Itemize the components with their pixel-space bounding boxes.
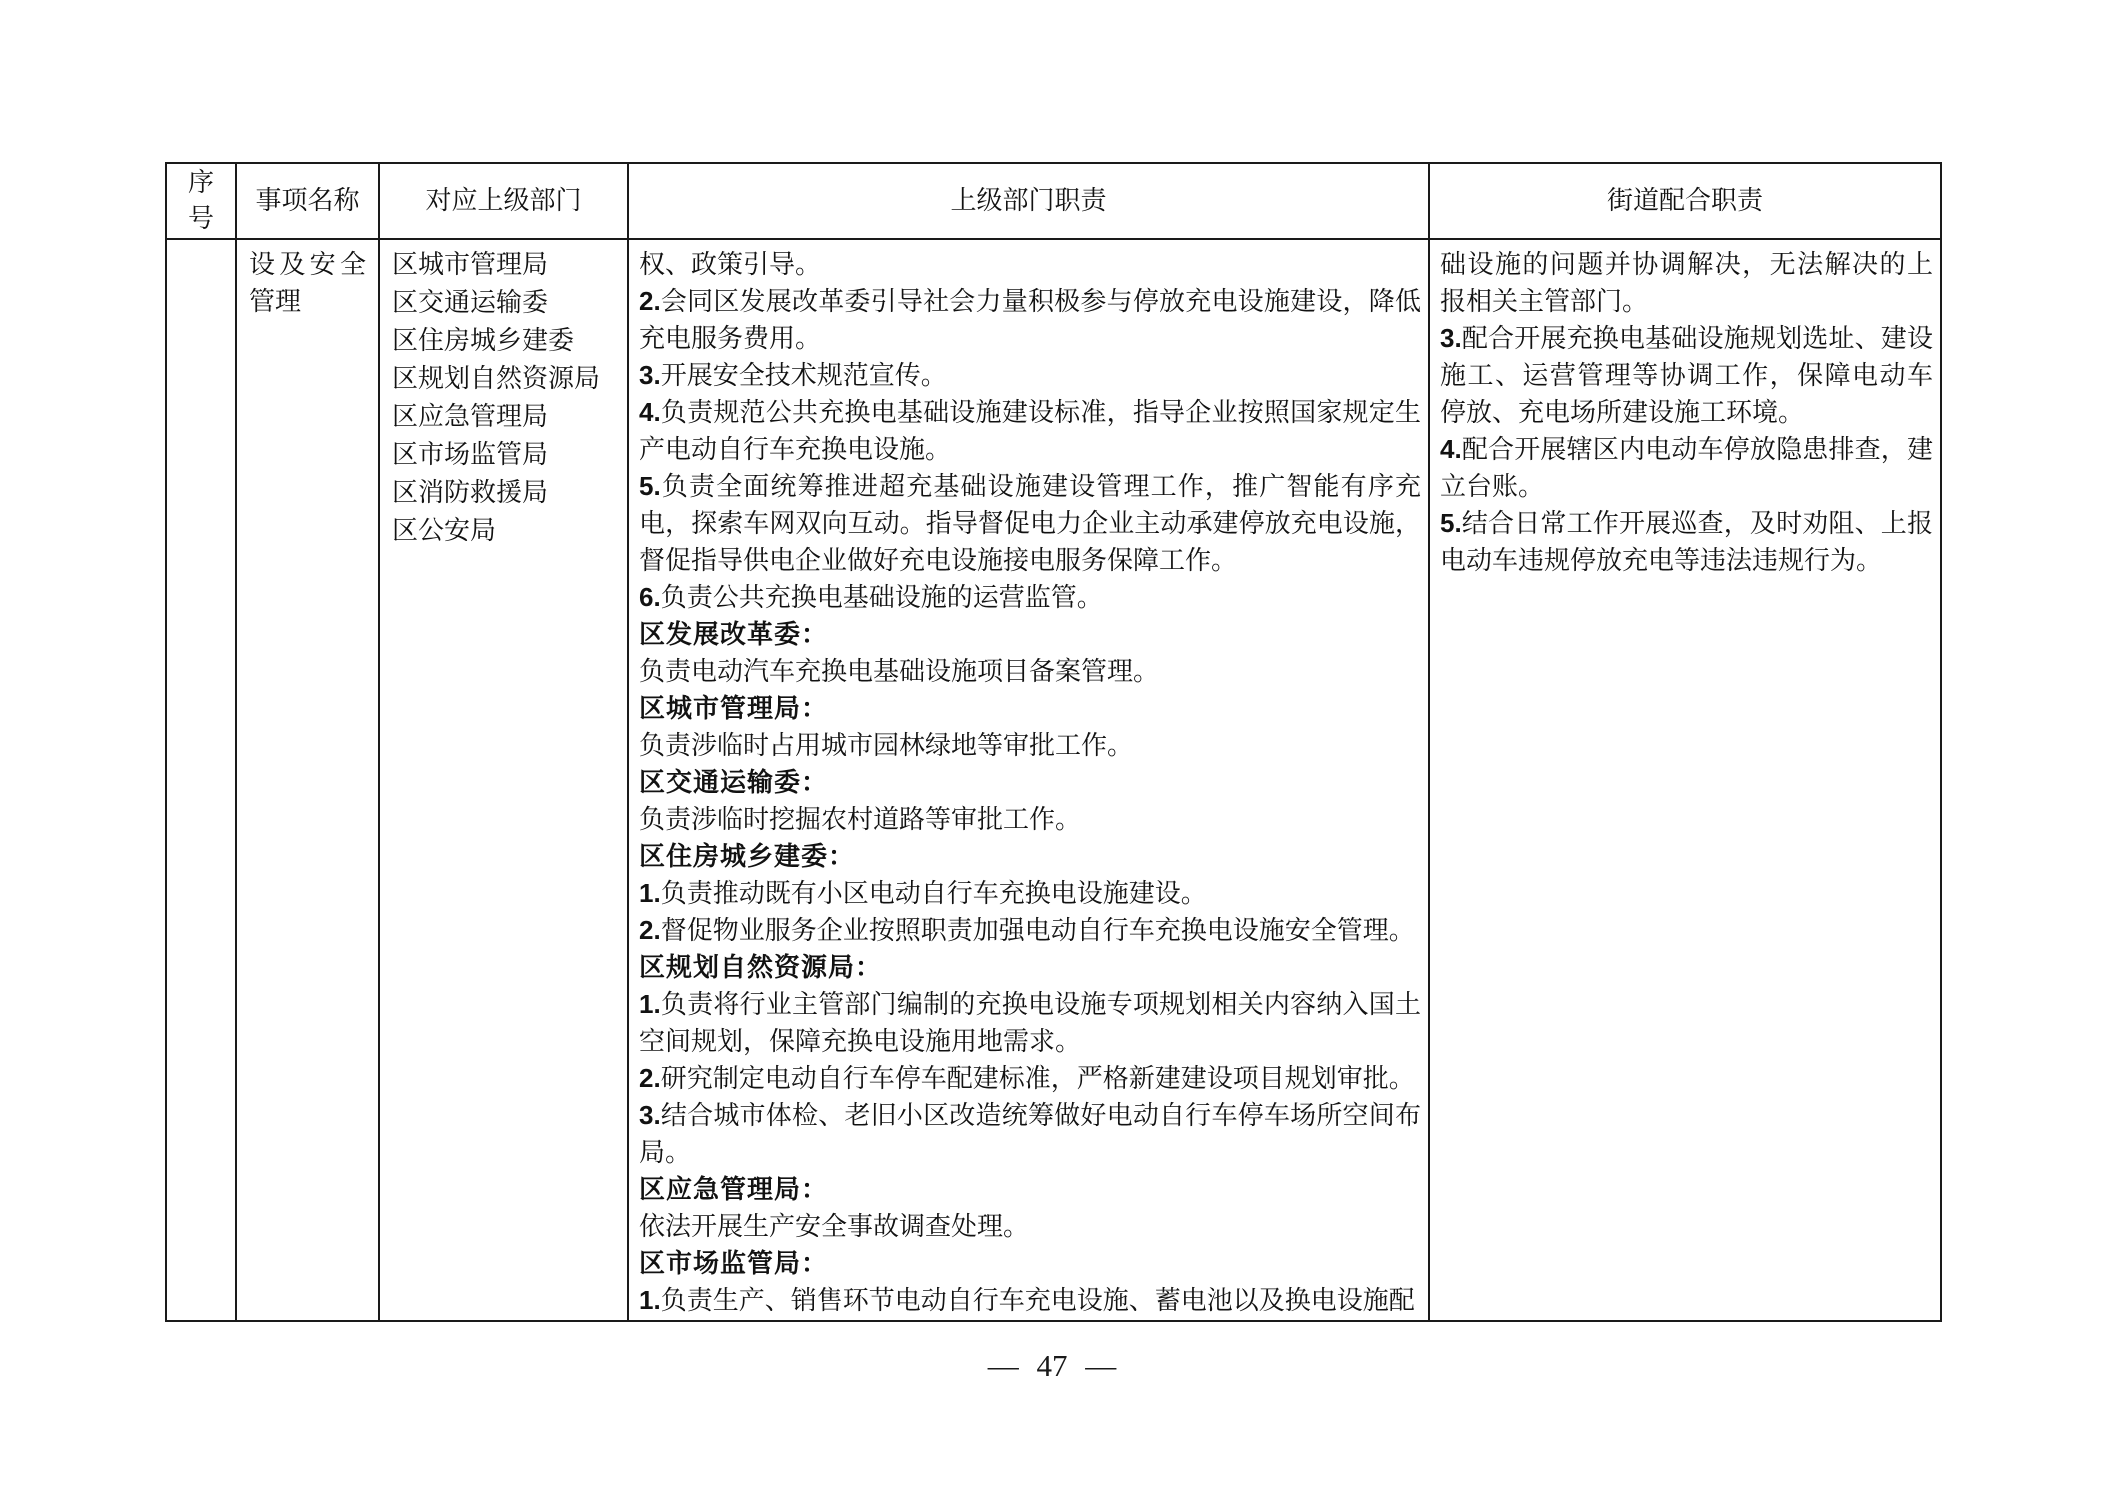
cell-item-name: 设及安全管理 [236, 239, 379, 1321]
duty-paragraph: 5.结合日常工作开展巡查，及时劝阻、上报电动车违规停放充电等违法违规行为。 [1440, 505, 1933, 579]
duty-paragraph: 础设施的问题并协调解决，无法解决的上报相关主管部门。 [1440, 246, 1933, 320]
table-header-row: 序号事项名称对应上级部门上级部门职责街道配合职责 [166, 163, 1941, 239]
duty-paragraph: 负责涉临时挖掘农村道路等审批工作。 [639, 801, 1421, 838]
duty-paragraph: 2.会同区发展改革委引导社会力量积极参与停放充电设施建设，降低充电服务费用。 [639, 283, 1421, 357]
dept-heading: 区城市管理局： [639, 690, 1421, 727]
dept-heading: 区市场监管局： [639, 1245, 1421, 1282]
cell-street-duties: 础设施的问题并协调解决，无法解决的上报相关主管部门。3.配合开展充换电基础设施规… [1429, 239, 1941, 1321]
duty-paragraph: 1.负责将行业主管部门编制的充换电设施专项规划相关内容纳入国土空间规划，保障充换… [639, 986, 1421, 1060]
duty-paragraph: 1.负责生产、销售环节电动自行车充电设施、蓄电池以及换电设施配 [639, 1282, 1421, 1319]
column-header-1: 序号 [166, 163, 236, 239]
dept-heading: 区住房城乡建委： [639, 838, 1421, 875]
department-line: 区交通运输委 [392, 284, 621, 322]
duty-paragraph: 权、政策引导。 [639, 246, 1421, 283]
column-header-3: 对应上级部门 [379, 163, 628, 239]
responsibilities-table: 序号事项名称对应上级部门上级部门职责街道配合职责 设及安全管理 区城市管理局区交… [165, 162, 1942, 1322]
dept-heading: 区发展改革委： [639, 616, 1421, 653]
duty-paragraph: 1.负责推动既有小区电动自行车充换电设施建设。 [639, 875, 1421, 912]
duty-paragraph: 依法开展生产安全事故调查处理。 [639, 1208, 1421, 1245]
cell-superior-duties: 权、政策引导。2.会同区发展改革委引导社会力量积极参与停放充电设施建设，降低充电… [628, 239, 1429, 1321]
duty-paragraph: 2.研究制定电动自行车停车配建标准，严格新建建设项目规划审批。 [639, 1060, 1421, 1097]
page-number: — 47 — [0, 1348, 2104, 1384]
department-line: 区城市管理局 [392, 246, 621, 284]
duty-paragraph: 负责电动汽车充换电基础设施项目备案管理。 [639, 653, 1421, 690]
duty-paragraph: 2.督促物业服务企业按照职责加强电动自行车充换电设施安全管理。 [639, 912, 1421, 949]
duty-paragraph: 5.负责全面统筹推进超充基础设施建设管理工作，推广智能有序充电，探索车网双向互动… [639, 468, 1421, 579]
duty-paragraph: 4.负责规范公共充换电基础设施建设标准，指导企业按照国家规定生产电动自行车充换电… [639, 394, 1421, 468]
column-header-2: 事项名称 [236, 163, 379, 239]
duty-paragraph: 负责涉临时占用城市园林绿地等审批工作。 [639, 727, 1421, 764]
department-line: 区应急管理局 [392, 398, 621, 436]
item-name-text: 设及安全管理 [249, 246, 366, 320]
cell-departments: 区城市管理局区交通运输委区住房城乡建委区规划自然资源局区应急管理局区市场监管局区… [379, 239, 628, 1321]
duty-paragraph: 6.负责公共充换电基础设施的运营监管。 [639, 579, 1421, 616]
duty-paragraph: 3.结合城市体检、老旧小区改造统筹做好电动自行车停车场所空间布局。 [639, 1097, 1421, 1171]
department-line: 区市场监管局 [392, 436, 621, 474]
department-line: 区消防救援局 [392, 474, 621, 512]
department-line: 区公安局 [392, 512, 621, 550]
cell-seq [166, 239, 236, 1321]
duty-paragraph: 3.配合开展充换电基础设施规划选址、建设施工、运营管理等协调工作，保障电动车停放… [1440, 320, 1933, 431]
document-page: 序号事项名称对应上级部门上级部门职责街道配合职责 设及安全管理 区城市管理局区交… [0, 0, 2104, 1488]
dept-heading: 区规划自然资源局： [639, 949, 1421, 986]
dept-heading: 区应急管理局： [639, 1171, 1421, 1208]
column-header-5: 街道配合职责 [1429, 163, 1941, 239]
dept-heading: 区交通运输委： [639, 764, 1421, 801]
table-row: 设及安全管理 区城市管理局区交通运输委区住房城乡建委区规划自然资源局区应急管理局… [166, 239, 1941, 1321]
duty-paragraph: 4.配合开展辖区内电动车停放隐患排查，建立台账。 [1440, 431, 1933, 505]
column-header-4: 上级部门职责 [628, 163, 1429, 239]
department-line: 区住房城乡建委 [392, 322, 621, 360]
department-line: 区规划自然资源局 [392, 360, 621, 398]
duty-paragraph: 3.开展安全技术规范宣传。 [639, 357, 1421, 394]
